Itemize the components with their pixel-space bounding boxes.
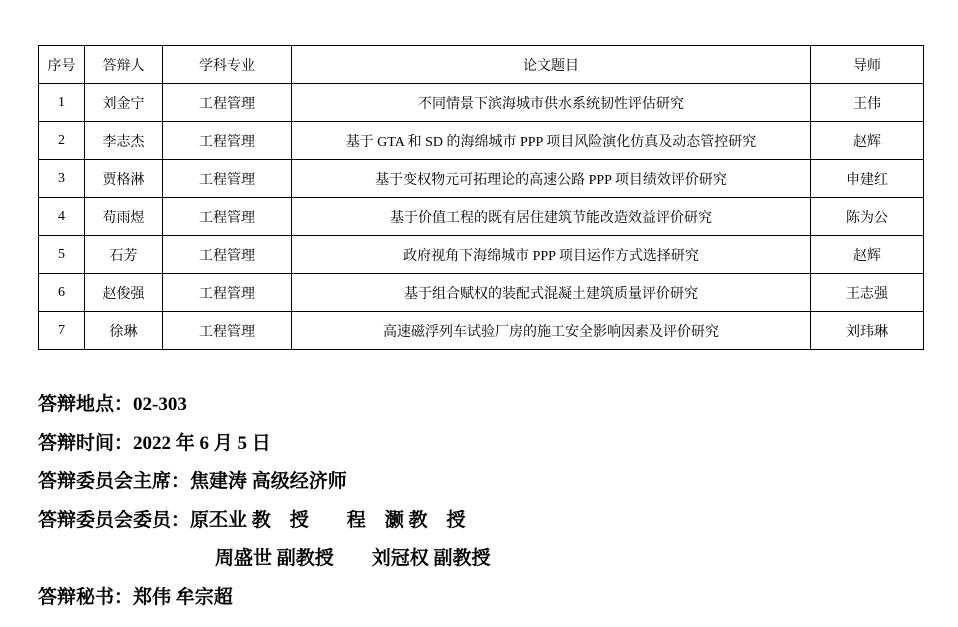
info-line: 答辩时间：2022 年 6 月 5 日: [38, 425, 938, 464]
info-block: 答辩地点：02-303答辩时间：2022 年 6 月 5 日答辩委员会主席：焦建…: [38, 386, 938, 617]
table-body: 1刘金宁工程管理不同情景下滨海城市供水系统韧性评估研究王伟2李志杰工程管理基于 …: [39, 84, 924, 350]
table-row: 4苟雨煜工程管理基于价值工程的既有居住建筑节能改造效益评价研究陈为公: [39, 198, 924, 236]
defense-table: 序号答辩人学科专业论文题目导师 1刘金宁工程管理不同情景下滨海城市供水系统韧性评…: [38, 45, 924, 350]
info-label: 答辩地点：: [38, 394, 133, 415]
info-value: 郑伟 牟宗超: [133, 587, 233, 608]
header-cell-advisor: 导师: [811, 46, 924, 84]
cell-advisor: 申建红: [811, 160, 924, 198]
cell-thesis-title: 基于变权物元可拓理论的高速公路 PPP 项目绩效评价研究: [292, 160, 811, 198]
cell-major: 工程管理: [163, 84, 292, 122]
cell-index: 6: [39, 274, 85, 312]
info-line: 答辩地点：02-303: [38, 386, 938, 425]
cell-major: 工程管理: [163, 122, 292, 160]
cell-index: 2: [39, 122, 85, 160]
header-cell-defender: 答辩人: [85, 46, 163, 84]
table-row: 3贾格淋工程管理基于变权物元可拓理论的高速公路 PPP 项目绩效评价研究申建红: [39, 160, 924, 198]
header-cell-major: 学科专业: [163, 46, 292, 84]
table-row: 1刘金宁工程管理不同情景下滨海城市供水系统韧性评估研究王伟: [39, 84, 924, 122]
info-label: 答辩时间：: [38, 433, 133, 454]
info-value: 原丕业 教 授 程 灏 教 授: [190, 510, 466, 531]
cell-thesis-title: 不同情景下滨海城市供水系统韧性评估研究: [292, 84, 811, 122]
cell-defender: 徐琳: [85, 312, 163, 350]
cell-major: 工程管理: [163, 236, 292, 274]
cell-index: 3: [39, 160, 85, 198]
cell-advisor: 王伟: [811, 84, 924, 122]
header-cell-thesis-title: 论文题目: [292, 46, 811, 84]
cell-major: 工程管理: [163, 160, 292, 198]
info-line: 答辩委员会委员：原丕业 教 授 程 灏 教 授: [38, 502, 938, 541]
cell-defender: 赵俊强: [85, 274, 163, 312]
cell-defender: 贾格淋: [85, 160, 163, 198]
cell-defender: 刘金宁: [85, 84, 163, 122]
cell-major: 工程管理: [163, 198, 292, 236]
info-label: 答辩委员会主席：: [38, 471, 190, 492]
cell-advisor: 赵辉: [811, 236, 924, 274]
cell-index: 4: [39, 198, 85, 236]
info-line: 答辩委员会主席：焦建涛 高级经济师: [38, 463, 938, 502]
cell-index: 7: [39, 312, 85, 350]
cell-thesis-title: 基于价值工程的既有居住建筑节能改造效益评价研究: [292, 198, 811, 236]
cell-thesis-title: 基于组合赋权的装配式混凝土建筑质量评价研究: [292, 274, 811, 312]
cell-thesis-title: 高速磁浮列车试验厂房的施工安全影响因素及评价研究: [292, 312, 811, 350]
info-line: 答辩秘书：郑伟 牟宗超: [38, 579, 938, 618]
info-line: 周盛世 副教授 刘冠权 副教授: [38, 540, 938, 579]
table-row: 7徐琳工程管理高速磁浮列车试验厂房的施工安全影响因素及评价研究刘玮琳: [39, 312, 924, 350]
cell-index: 1: [39, 84, 85, 122]
info-value: 焦建涛 高级经济师: [190, 471, 347, 492]
cell-major: 工程管理: [163, 274, 292, 312]
cell-thesis-title: 政府视角下海绵城市 PPP 项目运作方式选择研究: [292, 236, 811, 274]
cell-advisor: 刘玮琳: [811, 312, 924, 350]
header-cell-index: 序号: [39, 46, 85, 84]
cell-thesis-title: 基于 GTA 和 SD 的海绵城市 PPP 项目风险演化仿真及动态管控研究: [292, 122, 811, 160]
cell-major: 工程管理: [163, 312, 292, 350]
table-row: 2李志杰工程管理基于 GTA 和 SD 的海绵城市 PPP 项目风险演化仿真及动…: [39, 122, 924, 160]
info-label: 答辩秘书：: [38, 587, 133, 608]
document-page: 序号答辩人学科专业论文题目导师 1刘金宁工程管理不同情景下滨海城市供水系统韧性评…: [0, 0, 958, 627]
table-row: 5石芳工程管理政府视角下海绵城市 PPP 项目运作方式选择研究赵辉: [39, 236, 924, 274]
header-row: 序号答辩人学科专业论文题目导师: [39, 46, 924, 84]
info-value: 02-303: [133, 394, 187, 415]
info-label: 答辩委员会委员：: [38, 510, 190, 531]
info-value: 2022 年 6 月 5 日: [133, 433, 271, 454]
cell-defender: 石芳: [85, 236, 163, 274]
cell-advisor: 王志强: [811, 274, 924, 312]
cell-index: 5: [39, 236, 85, 274]
table-row: 6赵俊强工程管理基于组合赋权的装配式混凝土建筑质量评价研究王志强: [39, 274, 924, 312]
cell-advisor: 陈为公: [811, 198, 924, 236]
cell-defender: 苟雨煜: [85, 198, 163, 236]
table-header: 序号答辩人学科专业论文题目导师: [39, 46, 924, 84]
cell-defender: 李志杰: [85, 122, 163, 160]
cell-advisor: 赵辉: [811, 122, 924, 160]
info-value: 周盛世 副教授 刘冠权 副教授: [215, 548, 491, 569]
